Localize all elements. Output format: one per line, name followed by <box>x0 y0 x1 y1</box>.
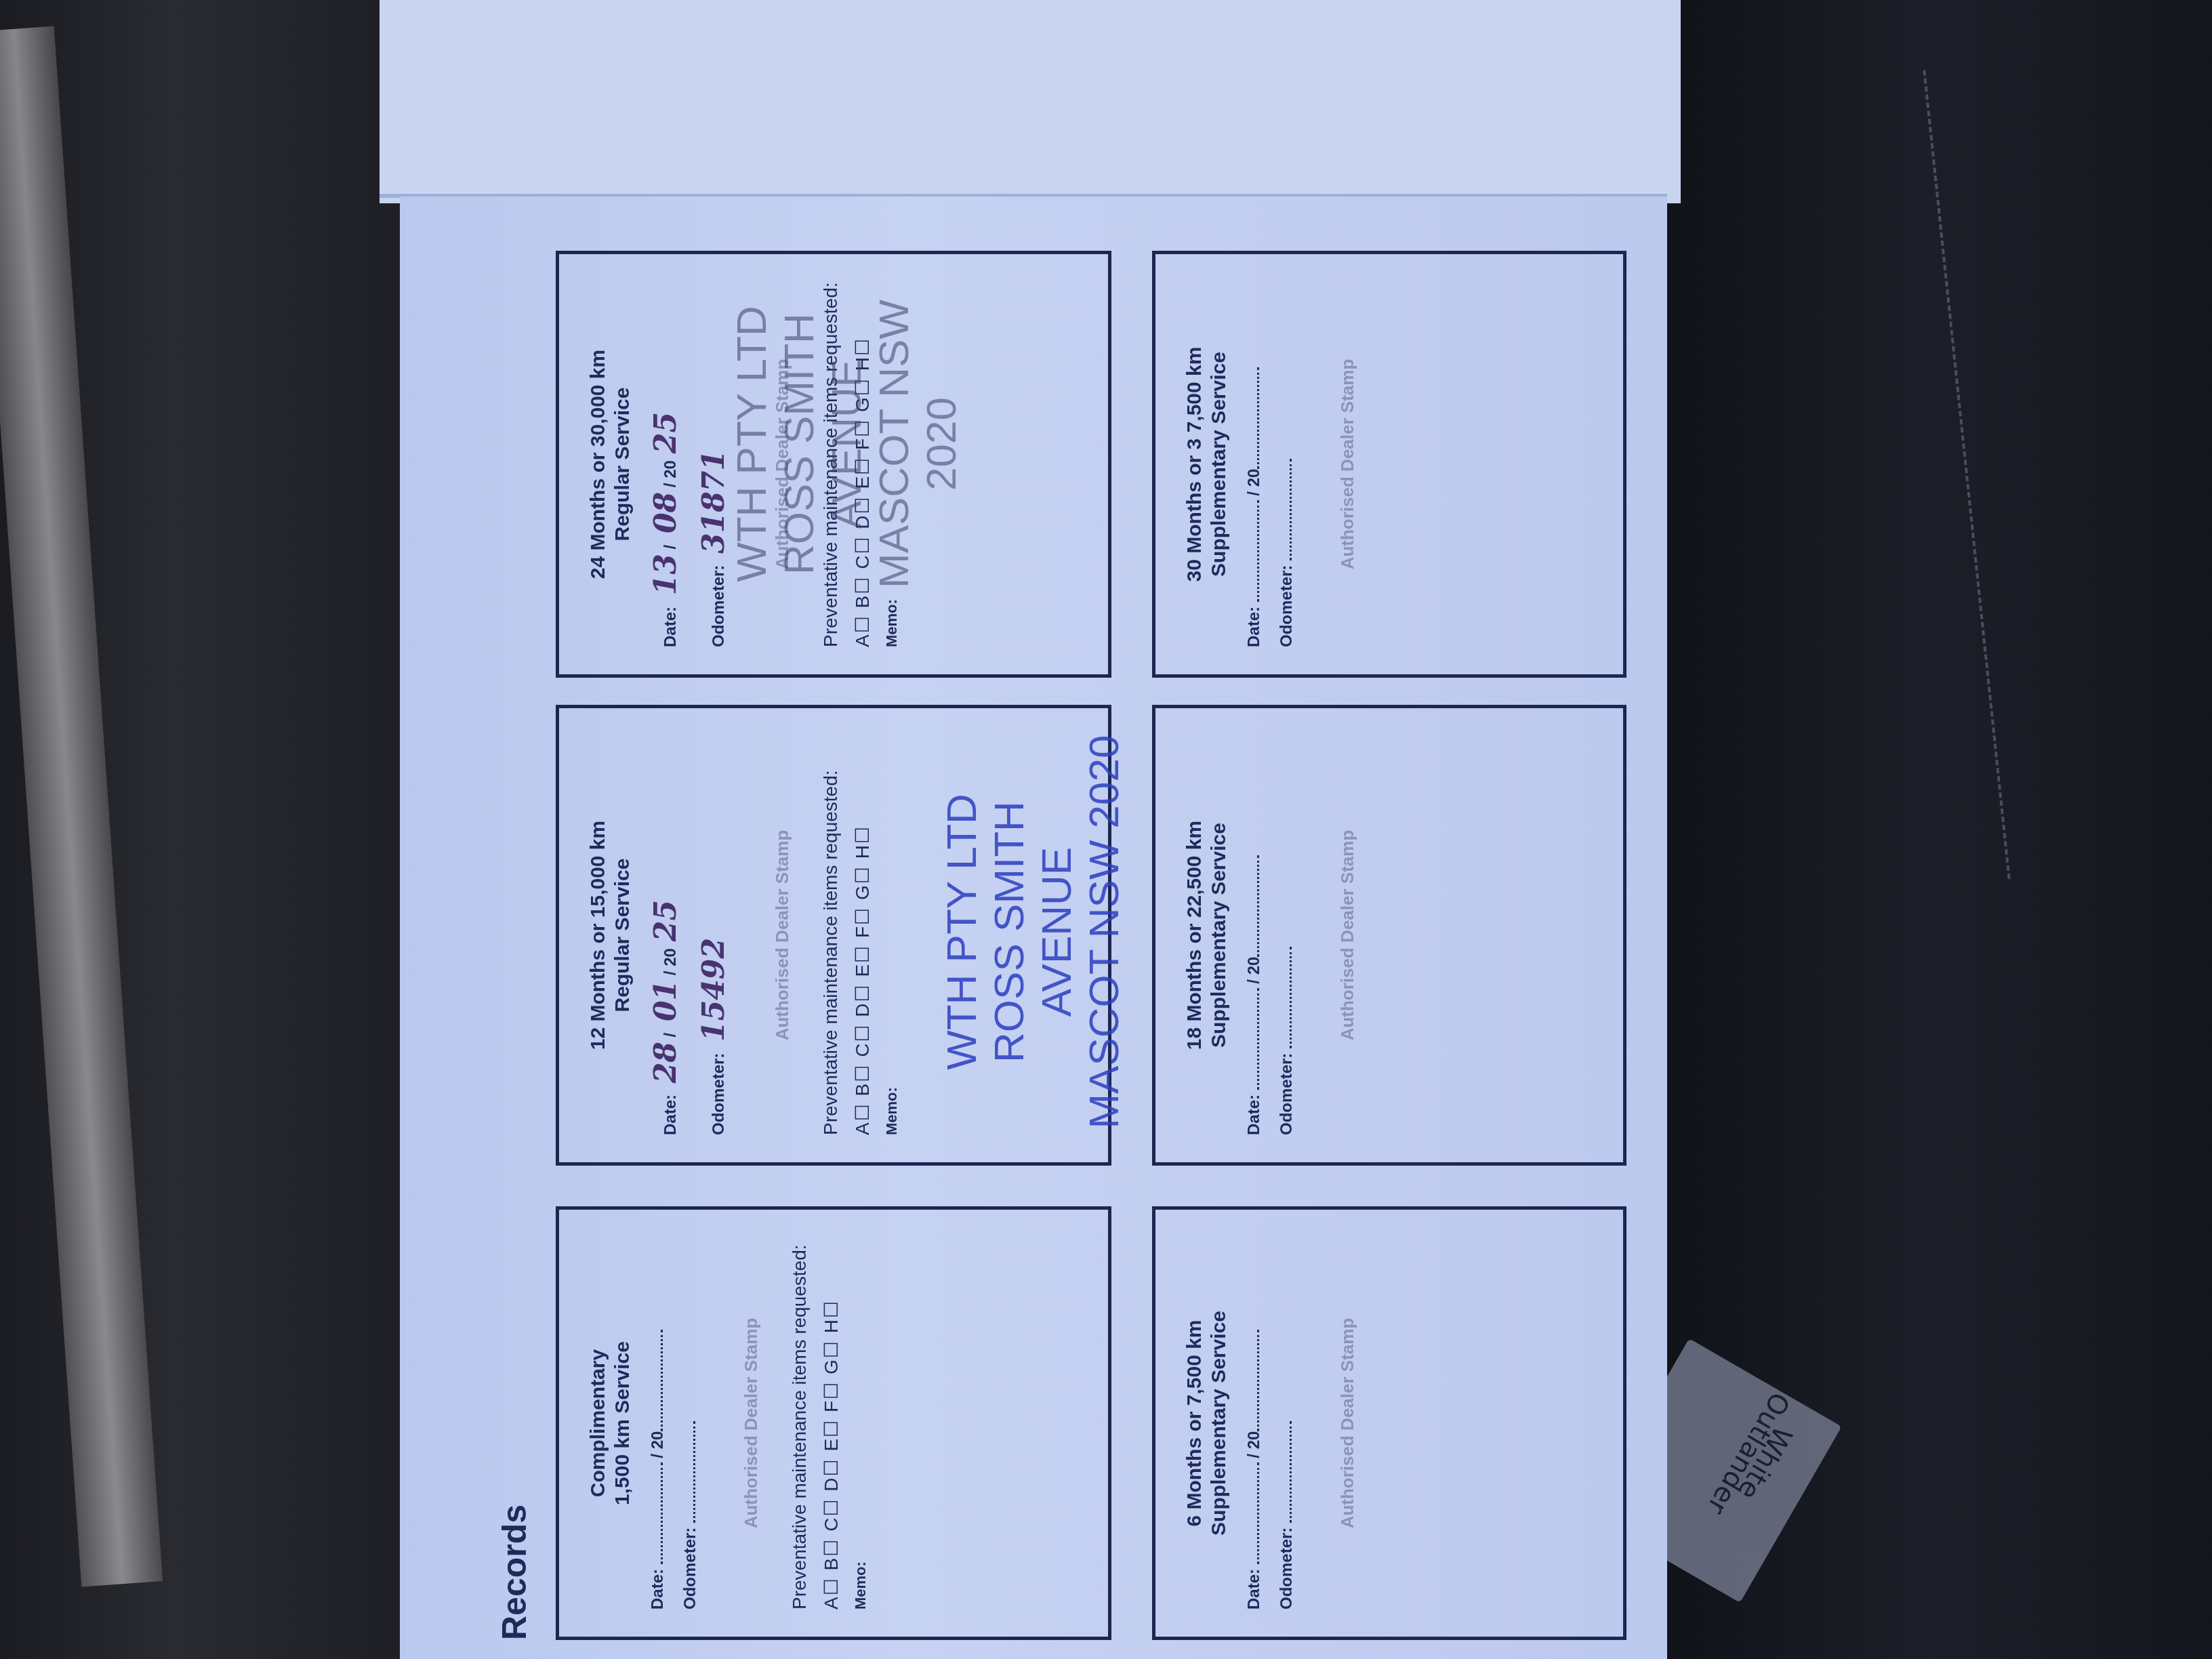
date-row: Date: / 20 <box>1245 1210 1264 1610</box>
date-month[interactable]: 08 <box>649 492 683 533</box>
service-type: Supplementary Service <box>1207 708 1231 1162</box>
service-type: Supplementary Service <box>1207 1210 1231 1637</box>
odometer-row: Odometer: 31871 <box>697 254 731 647</box>
pm-checkboxes: A☐ B☐ C☐ D☐ E☐ F☐ G☐ H☐ <box>820 1210 842 1610</box>
dealer-stamp-label: Authorised Dealer Stamp <box>1337 708 1358 1162</box>
service-interval: Complimentary <box>586 1210 611 1637</box>
odometer-row: Odometer: <box>681 1210 700 1610</box>
pm-label: Preventative maintenance items requested… <box>789 1210 811 1610</box>
memo-label: Memo: <box>883 708 901 1135</box>
pm-option-label: G <box>821 1358 842 1374</box>
date-day[interactable]: 13 <box>649 554 683 595</box>
date-sep: / <box>661 540 680 554</box>
service-interval: 18 Months or 22,500 km <box>1183 708 1207 1162</box>
pm-checkbox[interactable]: ☐ <box>852 1017 873 1042</box>
date-label: Date: <box>649 1564 667 1610</box>
pm-option-label: C <box>821 1517 842 1532</box>
pm-option-label: B <box>852 1082 873 1097</box>
pm-option-label: C <box>852 1042 873 1057</box>
odometer-label: Odometer: <box>1277 1048 1296 1135</box>
date-month[interactable]: 01 <box>649 980 683 1021</box>
pm-option-label: H <box>821 1318 842 1333</box>
pm-option-label: E <box>852 963 873 977</box>
dealer-stamp-label: Authorised Dealer Stamp <box>772 708 793 1162</box>
service-card: Complimentary1,500 km ServiceDate: / 20O… <box>556 1206 1111 1640</box>
odometer-label: Odometer: <box>1277 560 1296 647</box>
date-label: Date: <box>661 1090 680 1135</box>
stamp-line: MASCOT NSW 2020 <box>871 254 966 634</box>
pm-checkbox[interactable]: ☐ <box>852 938 873 963</box>
odometer-label: Odometer: <box>710 1048 728 1135</box>
date-sep: / 20 <box>661 948 680 980</box>
dealer-stamp: WTH PTY LTDROSS SMITH AVENUEMASCOT NSW 2… <box>939 715 1128 1149</box>
pm-checkbox[interactable]: ☐ <box>821 1570 842 1595</box>
service-heading: Complimentary1,500 km Service <box>586 1210 635 1637</box>
pm-checkbox[interactable]: ☐ <box>821 1492 842 1517</box>
service-heading: 12 Months or 15,000 kmRegular Service <box>586 708 635 1162</box>
page-title: Records <box>495 1504 534 1640</box>
service-type: Regular Service <box>611 254 635 674</box>
odometer-row: Odometer: <box>1277 708 1296 1135</box>
odometer-field[interactable] <box>1290 459 1292 560</box>
service-heading: 30 Months or 3 7,500 kmSupplementary Ser… <box>1183 254 1231 674</box>
odometer-value[interactable]: 31871 <box>697 450 731 554</box>
service-heading: 6 Months or 7,500 kmSupplementary Servic… <box>1183 1210 1231 1637</box>
dealer-stamp-label: Authorised Dealer Stamp <box>741 1210 762 1637</box>
date-year-field[interactable] <box>1257 1330 1259 1431</box>
date-year-field[interactable] <box>661 1330 663 1431</box>
service-card: 30 Months or 3 7,500 kmSupplementary Ser… <box>1152 251 1626 678</box>
odometer-label: Odometer: <box>1277 1523 1296 1610</box>
pm-checkbox[interactable]: ☐ <box>821 1412 842 1437</box>
date-sep: / 20 <box>1245 957 1263 989</box>
service-card: 18 Months or 22,500 kmSupplementary Serv… <box>1152 705 1626 1166</box>
pm-option-label: G <box>852 884 873 900</box>
date-day[interactable]: 28 <box>649 1042 683 1083</box>
service-card: 12 Months or 15,000 kmRegular ServiceDat… <box>556 705 1111 1166</box>
pm-checkbox[interactable]: ☐ <box>821 1333 842 1358</box>
pm-option-label: A <box>821 1595 842 1610</box>
pm-checkbox[interactable]: ☐ <box>852 1096 873 1121</box>
pm-checkbox[interactable]: ☐ <box>852 900 873 925</box>
pm-checkbox[interactable]: ☐ <box>852 859 873 884</box>
date-row: Date: 28 / 01 / 2025 <box>649 708 683 1135</box>
odometer-label: Odometer: <box>710 560 728 647</box>
date-label: Date: <box>1245 1090 1263 1135</box>
service-type: 1,500 km Service <box>611 1210 635 1637</box>
date-label: Date: <box>661 602 680 647</box>
previous-page <box>380 0 1681 203</box>
pm-option-label: F <box>821 1399 842 1412</box>
stamp-line: WTH PTY LTD <box>939 715 986 1149</box>
pm-checkbox[interactable]: ☐ <box>852 1057 873 1082</box>
dealer-stamp-label: Authorised Dealer Stamp <box>1337 1210 1358 1637</box>
pm-checkbox[interactable]: ☐ <box>821 1374 842 1399</box>
stamp-line: ROSS SMITH AVENUE <box>776 254 871 634</box>
pm-checkbox[interactable]: ☐ <box>821 1300 842 1318</box>
odometer-field[interactable] <box>693 1421 695 1523</box>
pm-option-label: D <box>852 1002 873 1017</box>
odometer-field[interactable] <box>1290 947 1292 1048</box>
pm-checkbox[interactable]: ☐ <box>852 977 873 1002</box>
odometer-row: Odometer: 15492 <box>697 708 731 1135</box>
pm-option-label: F <box>852 925 873 938</box>
odometer-row: Odometer: <box>1277 254 1296 647</box>
pm-option-label: D <box>821 1476 842 1491</box>
date-sep: / <box>661 1028 680 1042</box>
pm-option-label: A <box>852 633 873 647</box>
date-row: Date: 13 / 08 / 2025 <box>649 254 683 647</box>
pm-label: Preventative maintenance items requested… <box>820 708 842 1135</box>
service-interval: 6 Months or 7,500 km <box>1183 1210 1207 1637</box>
memo-label: Memo: <box>852 1210 869 1610</box>
date-sep: / 20 <box>649 1431 667 1463</box>
odometer-field[interactable] <box>1290 1421 1292 1523</box>
service-interval: 30 Months or 3 7,500 km <box>1183 254 1207 674</box>
stamp-line: ROSS SMITH AVENUE <box>986 715 1081 1149</box>
service-card: 6 Months or 7,500 kmSupplementary Servic… <box>1152 1206 1626 1640</box>
date-year-field[interactable] <box>1257 367 1259 469</box>
date-field[interactable] <box>1257 988 1259 1090</box>
stamp-line: WTH PTY LTD <box>729 254 776 634</box>
dealer-stamp-label: Authorised Dealer Stamp <box>1337 254 1358 674</box>
date-sep: / 20 <box>1245 469 1263 501</box>
odometer-label: Odometer: <box>681 1523 699 1610</box>
odometer-row: Odometer: <box>1277 1210 1296 1610</box>
date-sep: / 20 <box>661 460 680 492</box>
service-grid: Complimentary1,500 km ServiceDate: / 20O… <box>556 251 1640 1640</box>
pm-checkboxes: A☐ B☐ C☐ D☐ E☐ F☐ G☐ H☐ <box>851 708 874 1135</box>
dealer-stamp: WTH PTY LTDROSS SMITH AVENUEMASCOT NSW 2… <box>729 254 966 634</box>
odometer-value[interactable]: 15492 <box>697 938 731 1042</box>
pm-option-label: H <box>852 844 873 859</box>
pm-checkbox[interactable]: ☐ <box>821 1532 842 1557</box>
date-year[interactable]: 25 <box>649 412 683 453</box>
service-type: Supplementary Service <box>1207 254 1231 674</box>
pm-checkbox[interactable]: ☐ <box>852 825 873 844</box>
date-field[interactable] <box>1257 500 1259 602</box>
date-row: Date: / 20 <box>1245 708 1264 1135</box>
date-year-field[interactable] <box>1257 855 1259 957</box>
date-row: Date: / 20 <box>1245 254 1264 647</box>
service-card: 24 Months or 30,000 kmRegular ServiceDat… <box>556 251 1111 678</box>
pm-option-label: E <box>821 1437 842 1452</box>
date-field[interactable] <box>661 1462 663 1564</box>
service-interval: 24 Months or 30,000 km <box>586 254 611 674</box>
pm-option-label: B <box>821 1557 842 1571</box>
date-sep: / 20 <box>1245 1431 1263 1463</box>
service-records-page: Records Complimentary1,500 km ServiceDat… <box>474 251 1647 1640</box>
service-heading: 18 Months or 22,500 kmSupplementary Serv… <box>1183 708 1231 1162</box>
date-year[interactable]: 25 <box>649 900 683 941</box>
service-type: Regular Service <box>611 708 635 1162</box>
stamp-line: MASCOT NSW 2020 <box>1081 715 1128 1149</box>
service-heading: 24 Months or 30,000 kmRegular Service <box>586 254 635 674</box>
pm-option-label: A <box>852 1121 873 1135</box>
date-field[interactable] <box>1257 1462 1259 1564</box>
date-row: Date: / 20 <box>649 1210 668 1610</box>
date-label: Date: <box>1245 1564 1263 1610</box>
service-interval: 12 Months or 15,000 km <box>586 708 611 1162</box>
pm-checkbox[interactable]: ☐ <box>821 1452 842 1477</box>
date-label: Date: <box>1245 602 1263 647</box>
